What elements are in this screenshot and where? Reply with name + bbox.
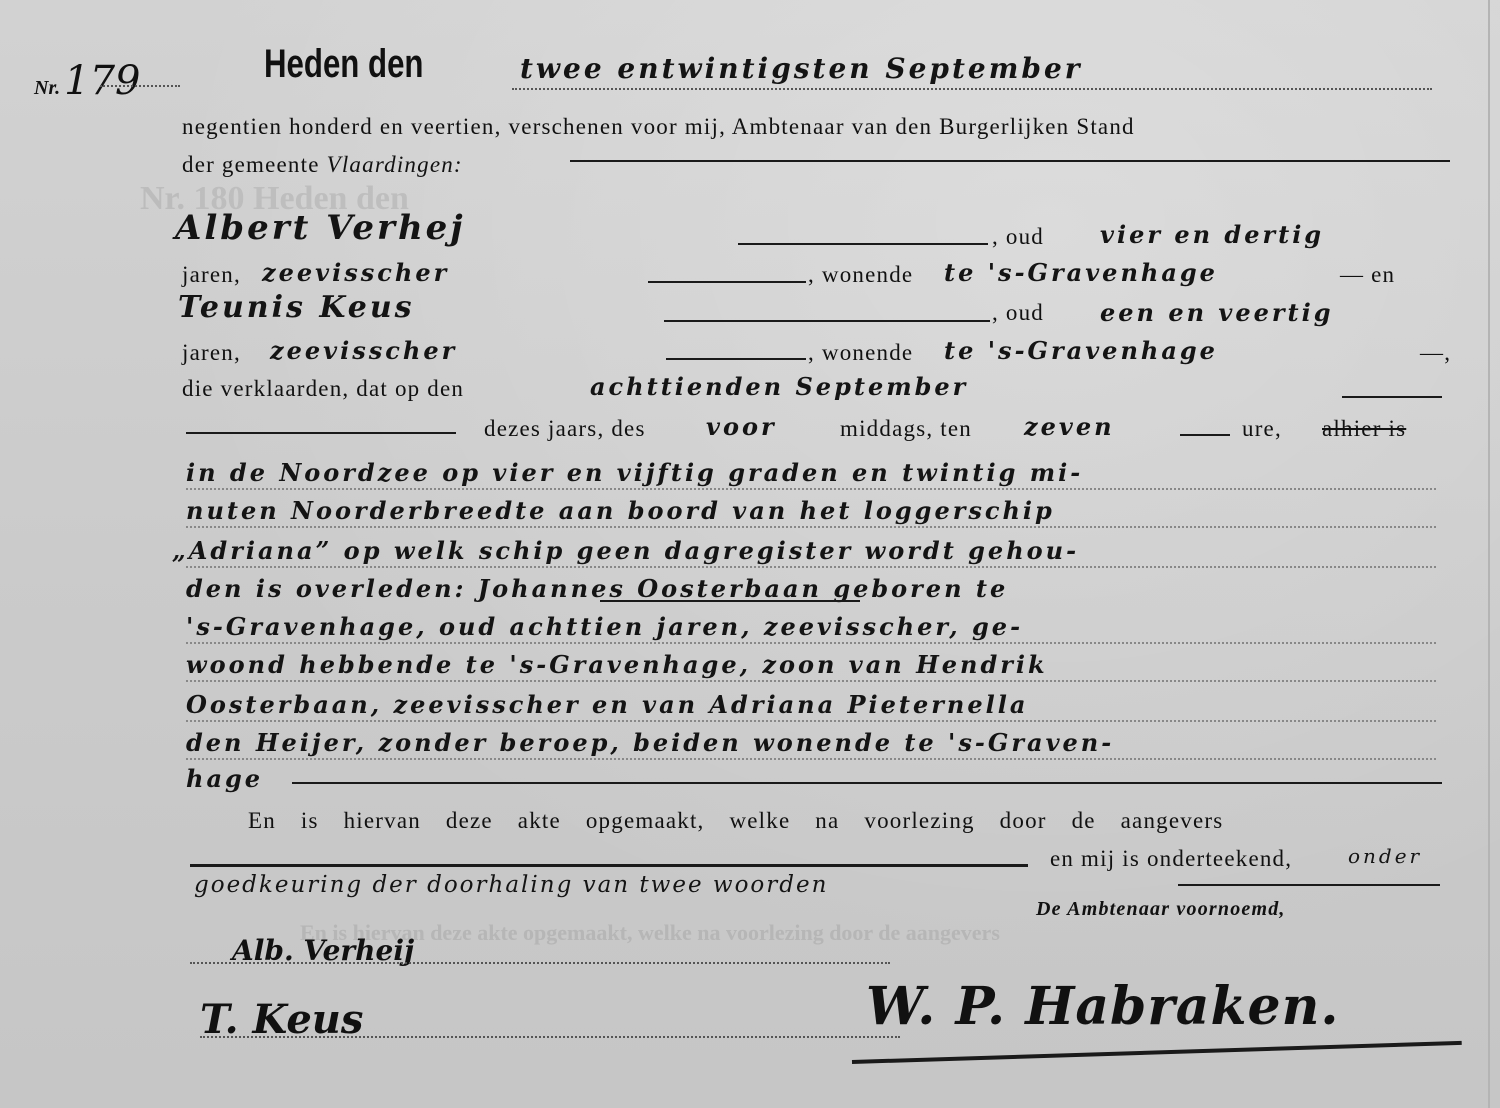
closing-handwritten-approval: goedkeuring der doorhaling van twee woor… [194,872,828,898]
signature-line [190,962,890,964]
closing-handwritten-onder: onder [1348,844,1422,868]
declarant-2-residence: te 's-Gravenhage [944,336,1218,365]
jaren-label: jaren, [182,340,241,366]
oud-label: , oud [992,300,1044,326]
gemeente-label: der gemeente [182,152,320,177]
official-label: De Ambtenaar voornoemd, [1036,898,1286,921]
dotted-line [186,720,1436,722]
wonende-label: , wonende [808,340,913,366]
date-dotted-line [512,88,1432,90]
wonende-label: , wonende [808,262,913,288]
rule [186,432,456,434]
dotted-line [186,488,1436,490]
dotted-line [186,566,1436,568]
record-page: Nr. 180 Heden den En is hiervan deze akt… [0,0,1500,1108]
rule [292,782,1442,784]
municipality: Vlaardingen: [327,152,463,177]
time-of-day: voor [706,412,777,441]
declarant-2-name: Teunis Keus [178,290,415,325]
rule [1178,884,1440,886]
body-line: in de Noordzee op vier en vijftig graden… [186,458,1083,487]
number-dotted-line [100,85,180,87]
rule [190,864,1028,867]
dotted-line [186,642,1436,644]
record-number-value: 179 [64,58,140,104]
death-date: achttienden September [590,372,968,401]
printed-line-1: negentien honderd en veertien, verschene… [182,114,1135,140]
connector-en: — en [1340,262,1395,288]
ure-label: ure, [1242,416,1282,442]
rule [570,160,1450,162]
declarant-1-name: Albert Verhej [175,208,466,248]
rule [664,320,990,322]
body-line: Oosterbaan, zeevisscher en van Adriana P… [186,690,1028,719]
body-line: hage [186,764,263,793]
record-number-label: Nr. [34,77,60,99]
dezes-jaars-label: dezes jaars, des [484,416,646,442]
dotted-line [186,526,1436,528]
signature-official: W. P. Habraken. [866,976,1340,1037]
declarant-1-residence: te 's-Gravenhage [944,258,1218,287]
body-line: 's-Gravenhage, oud achttien jaren, zeevi… [186,612,1023,641]
verklaarden-label: die verklaarden, dat op den [182,376,464,402]
declarant-2-age: een en veertig [1100,298,1334,327]
dotted-line [186,758,1436,760]
heading: Heden den [264,42,423,87]
declarant-2-occupation: zeevisscher [270,336,457,365]
record-number: Nr. 179 [34,58,140,104]
rule [1342,396,1442,398]
body-line: den is overleden: Johannes Oosterbaan ge… [186,574,1008,603]
jaren-label: jaren, [182,262,241,288]
middags-ten-label: middags, ten [840,416,972,442]
dotted-line [186,680,1436,682]
closing-line-1: En is hiervan deze akte opgemaakt, welke… [248,808,1223,834]
body-line: „Adriana” op welk schip geen dagregister… [172,536,1079,565]
struck-text: alhier is [1322,416,1406,442]
date-handwritten: twee entwintigsten September [520,52,1083,85]
rule [738,243,988,245]
connector-comma: —, [1420,340,1451,366]
body-line: den Heijer, zonder beroep, beiden wonend… [186,728,1114,757]
signature-flourish [852,1041,1462,1064]
rule [648,281,806,283]
rule [666,358,806,360]
rule [1180,434,1230,436]
signature-line [200,1036,900,1038]
printed-line-2: der gemeente Vlaardingen: [182,152,463,178]
hour: zeven [1024,412,1115,441]
declarant-1-age: vier en dertig [1100,220,1324,249]
declarant-1-occupation: zeevisscher [262,258,449,287]
body-line: nuten Noorderbreedte aan boord van het l… [186,496,1055,525]
deceased-name-underline [600,600,860,602]
closing-line-2: en mij is onderteekend, [1050,846,1292,872]
body-line: woond hebbende te 's-Gravenhage, zoon va… [186,650,1048,679]
oud-label: , oud [992,224,1044,250]
page-edge [1488,0,1490,1108]
